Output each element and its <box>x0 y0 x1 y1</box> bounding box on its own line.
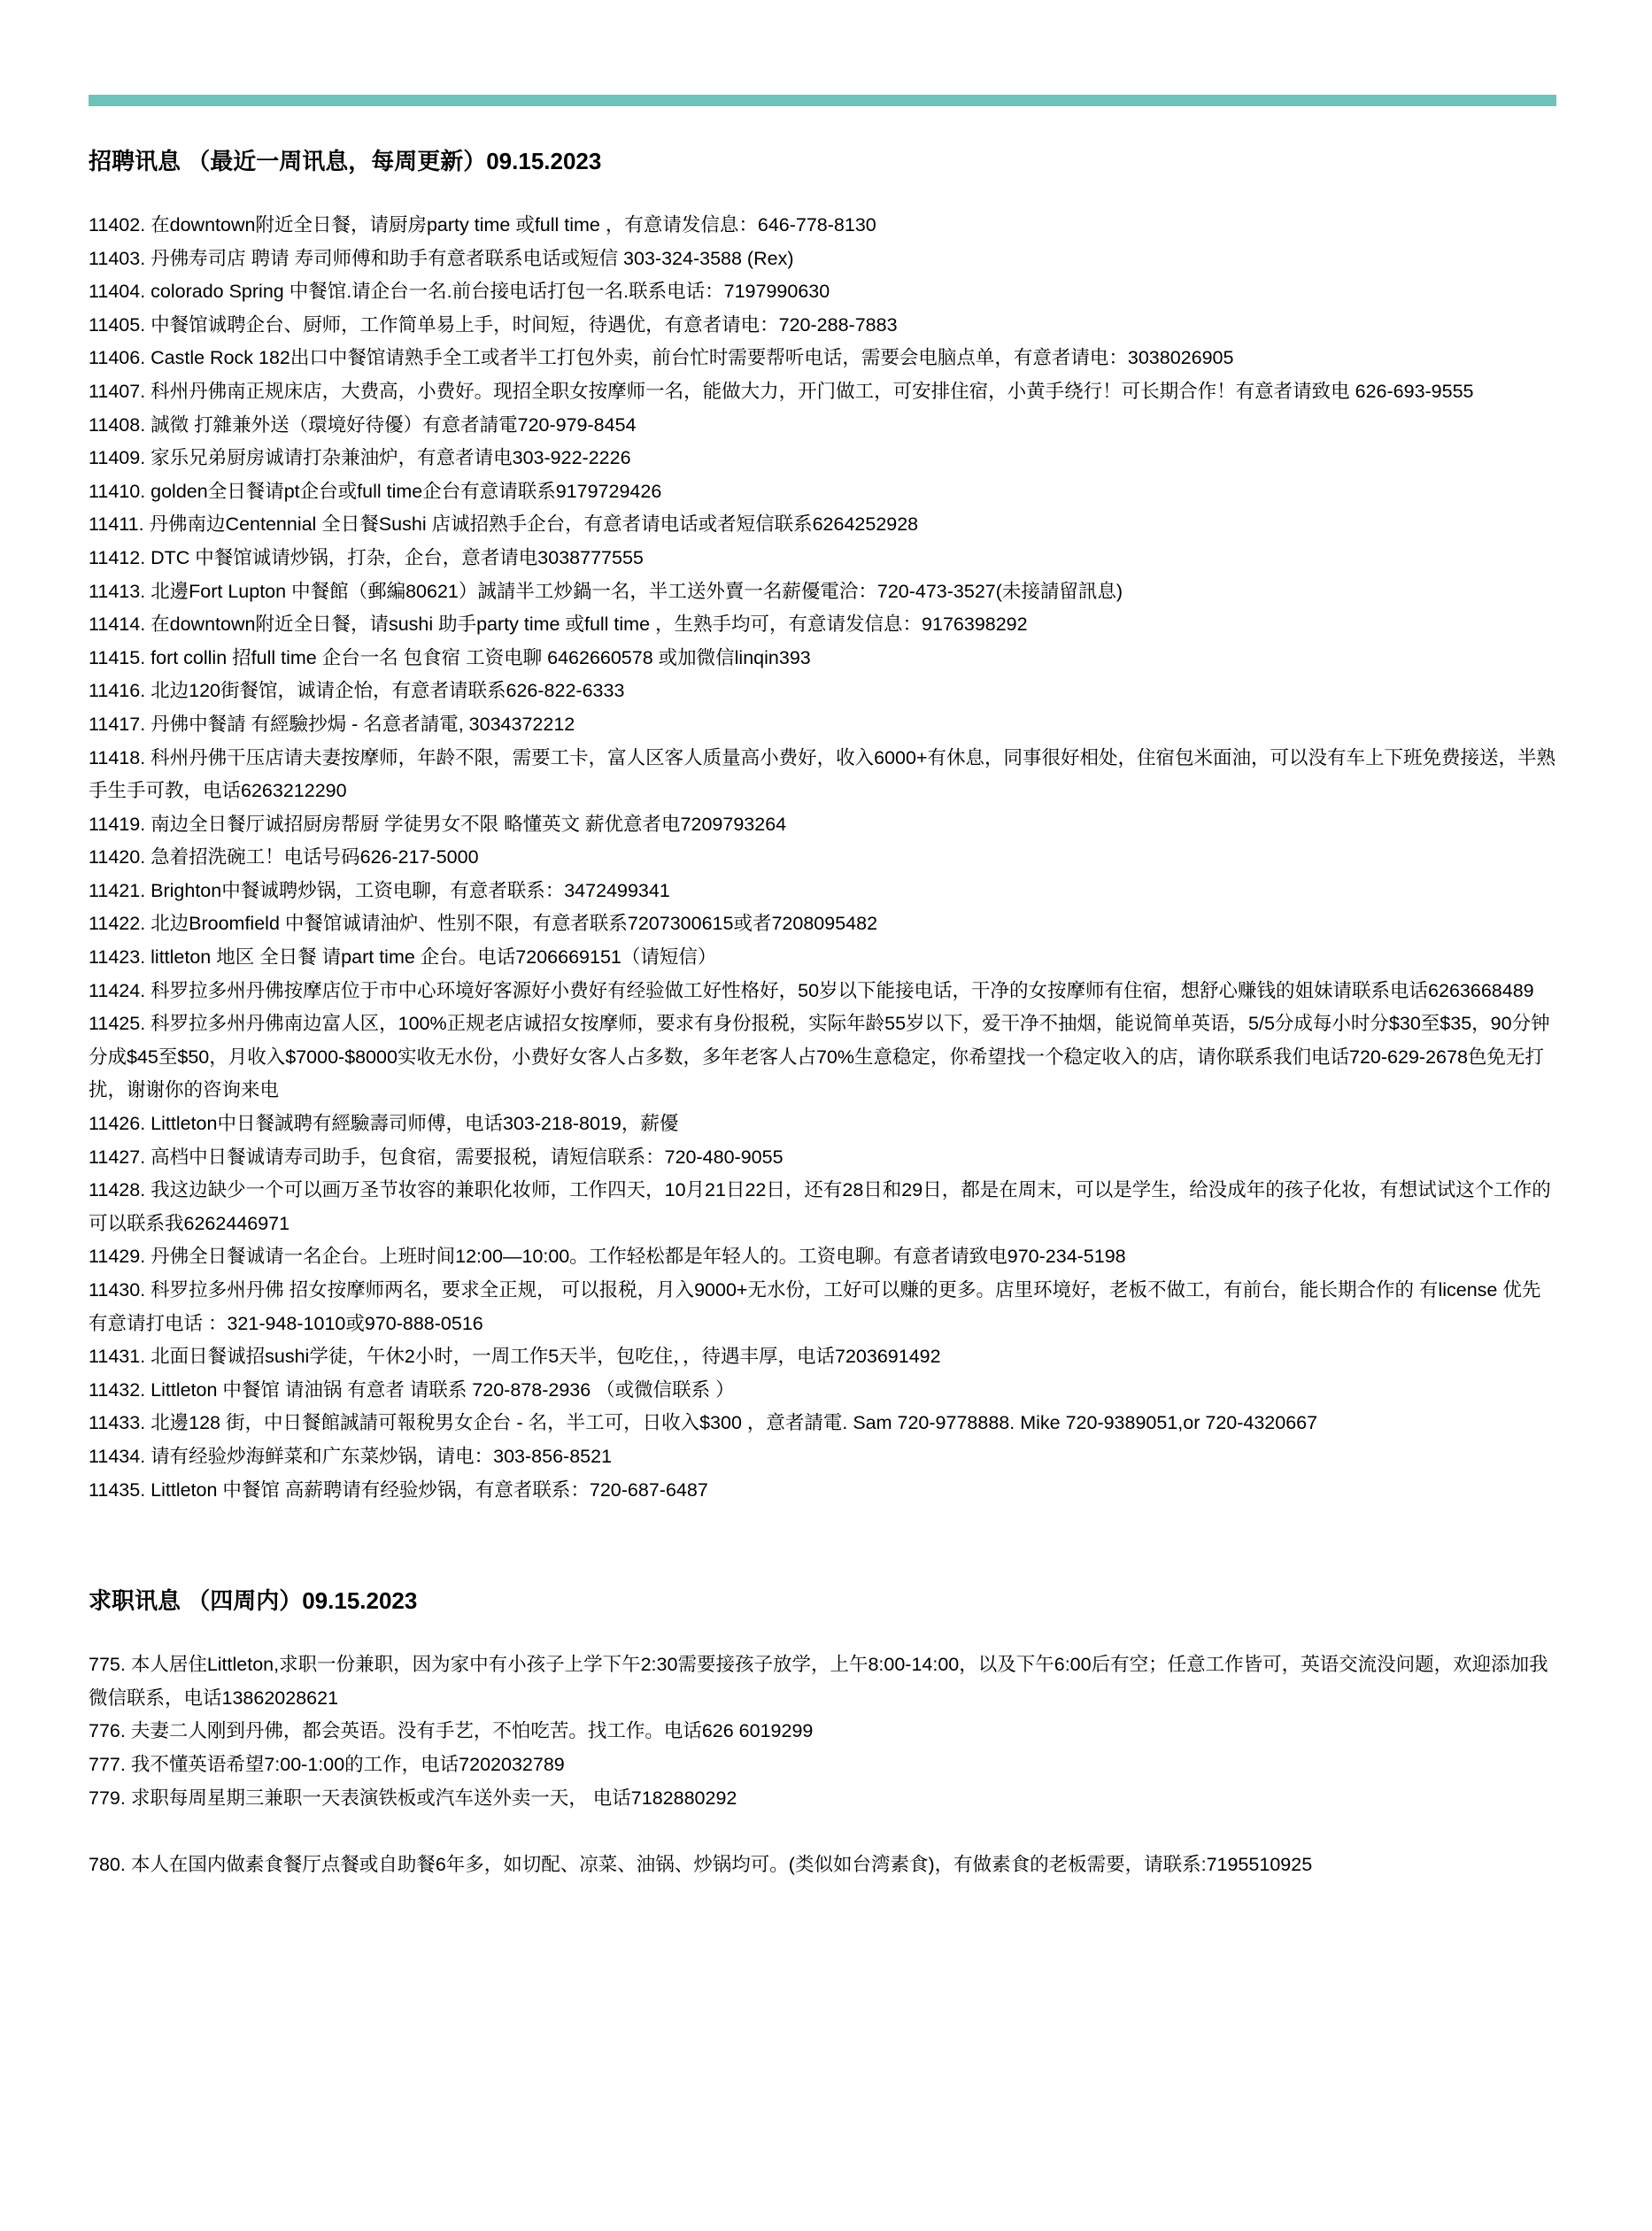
listing-item: 11424. 科罗拉多州丹佛按摩店位于市中心环境好客源好小费好有经验做工好性格好… <box>89 975 1560 1008</box>
listing-item: 11404. colorado Spring 中餐馆.请企台一名.前台接电话打包… <box>89 275 1560 309</box>
listing-item: 11425. 科罗拉多州丹佛南边富人区，100%正规老店诚招女按摩师，要求有身份… <box>89 1007 1560 1108</box>
listing-item: 11413. 北邊Fort Lupton 中餐館（郵編80621）誠請半工炒鍋一… <box>89 575 1560 609</box>
listing-item: 775. 本人居住Littleton,求职一份兼职，因为家中有小孩子上学下午2:… <box>89 1648 1560 1715</box>
listing-item: 11420. 急着招洗碗工！电话号码626-217-5000 <box>89 841 1560 875</box>
top-divider-bar <box>89 95 1556 106</box>
listing-item: 11412. DTC 中餐馆诚请炒锅，打杂，企台，意者请电3038777555 <box>89 542 1560 575</box>
listing-item: 11405. 中餐馆诚聘企台、厨师，工作简单易上手，时间短，待遇优，有意者请电：… <box>89 309 1560 343</box>
listing-item: 11429. 丹佛全日餐诚请一名企台。上班时间12:00—10:00。工作轻松都… <box>89 1240 1560 1274</box>
listing-item: 11408. 誠徵 打雜兼外送（環境好待優）有意者請電720-979-8454 <box>89 409 1560 443</box>
job-seeking-listings: 775. 本人居住Littleton,求职一份兼职，因为家中有小孩子上学下午2:… <box>89 1648 1560 1881</box>
listing-item: 11418. 科州丹佛干压店请夫妻按摩师，年龄不限，需要工卡，富人区客人质量高小… <box>89 742 1560 808</box>
listing-item: 11430. 科罗拉多州丹佛 招女按摩师两名，要求全正规， 可以报税，月入900… <box>89 1274 1560 1340</box>
listing-item: 11423. littleton 地区 全日餐 请part time 企台。电话… <box>89 941 1560 975</box>
listing-item: 11402. 在downtown附近全日餐，请厨房party time 或ful… <box>89 209 1560 243</box>
listing-item: 11427. 高档中日餐诚请寿司助手，包食宿，需要报税，请短信联系：720-48… <box>89 1141 1560 1175</box>
listing-item: 11415. fort collin 招full time 企台一名 包食宿 工… <box>89 642 1560 675</box>
job-seeking-heading: 求职讯息 （四周内）09.15.2023 <box>89 1585 1560 1617</box>
recruitment-heading: 招聘讯息 （最近一周讯息，每周更新）09.15.2023 <box>89 145 1560 177</box>
listing-item: 11409. 家乐兄弟厨房诚请打杂兼油炉，有意者请电303-922-2226 <box>89 442 1560 475</box>
listing-item: 11434. 请有经验炒海鲜菜和广东菜炒锅，请电：303-856-8521 <box>89 1440 1560 1474</box>
listing-item: 11432. Littleton 中餐馆 请油锅 有意者 请联系 720-878… <box>89 1374 1560 1408</box>
listing-item: 779. 求职每周星期三兼职一天表演铁板或汽车送外卖一天， 电话71828802… <box>89 1782 1560 1816</box>
listing-item: 11419. 南边全日餐厅诚招厨房帮厨 学徒男女不限 略懂英文 薪优意者电720… <box>89 808 1560 842</box>
listing-item: 11403. 丹佛寿司店 聘请 寿司师傅和助手有意者联系电话或短信 303-32… <box>89 243 1560 276</box>
listing-item: 11414. 在downtown附近全日餐，请sushi 助手party tim… <box>89 608 1560 642</box>
recruitment-listings: 11402. 在downtown附近全日餐，请厨房party time 或ful… <box>89 209 1560 1507</box>
listing-item: 777. 我不懂英语希望7:00-1:00的工作，电话7202032789 <box>89 1749 1560 1782</box>
listing-item: 11416. 北边120街餐馆，诚请企怡，有意者请联系626-822-6333 <box>89 675 1560 708</box>
listing-item: 11428. 我这边缺少一个可以画万圣节妆容的兼职化妆师，工作四天，10月21日… <box>89 1174 1560 1240</box>
classifieds-page: 招聘讯息 （最近一周讯息，每周更新）09.15.2023 11402. 在dow… <box>0 95 1652 1934</box>
listing-item: 11433. 北邊128 街，中日餐館誠請可報稅男女企台 - 名，半工可，日收入… <box>89 1407 1560 1440</box>
listing-item: 11406. Castle Rock 182出口中餐馆请熟手全工或者半工打包外卖… <box>89 342 1560 375</box>
listing-item: 11417. 丹佛中餐請 有經驗抄焗 - 名意者請電, 3034372212 <box>89 708 1560 742</box>
listing-item: 11410. golden全日餐请pt企台或full time企台有意请联系91… <box>89 475 1560 509</box>
recruitment-section: 招聘讯息 （最近一周讯息，每周更新）09.15.2023 11402. 在dow… <box>89 145 1560 1507</box>
listing-item: 11431. 北面日餐诚招sushi学徒，午休2小时，一周工作5天半，包吃住，，… <box>89 1340 1560 1374</box>
listing-item: 11407. 科州丹佛南正规床店，大费高，小费好。现招全职女按摩师一名，能做大力… <box>89 375 1560 409</box>
listing-item: 11422. 北边Broomfield 中餐馆诚请油炉、性别不限，有意者联系72… <box>89 907 1560 941</box>
listing-item: 11426. Littleton中日餐誠聘有經驗壽司师傅，电话303-218-8… <box>89 1108 1560 1141</box>
listing-item: 780. 本人在国内做素食餐厅点餐或自助餐6年多，如切配、凉菜、油锅、炒锅均可。… <box>89 1849 1560 1882</box>
listing-item: 11435. Littleton 中餐馆 高薪聘请有经验炒锅，有意者联系：720… <box>89 1474 1560 1508</box>
listing-item: 776. 夫妻二人刚到丹佛，都会英语。没有手艺，不怕吃苦。找工作。电话626 6… <box>89 1715 1560 1749</box>
listing-item: 11421. Brighton中餐诚聘炒锅，工资电聊，有意者联系：3472499… <box>89 875 1560 908</box>
job-seeking-section: 求职讯息 （四周内）09.15.2023 775. 本人居住Littleton,… <box>89 1585 1560 1881</box>
listing-item: 11411. 丹佛南边Centennial 全日餐Sushi 店诚招熟手企台，有… <box>89 508 1560 542</box>
